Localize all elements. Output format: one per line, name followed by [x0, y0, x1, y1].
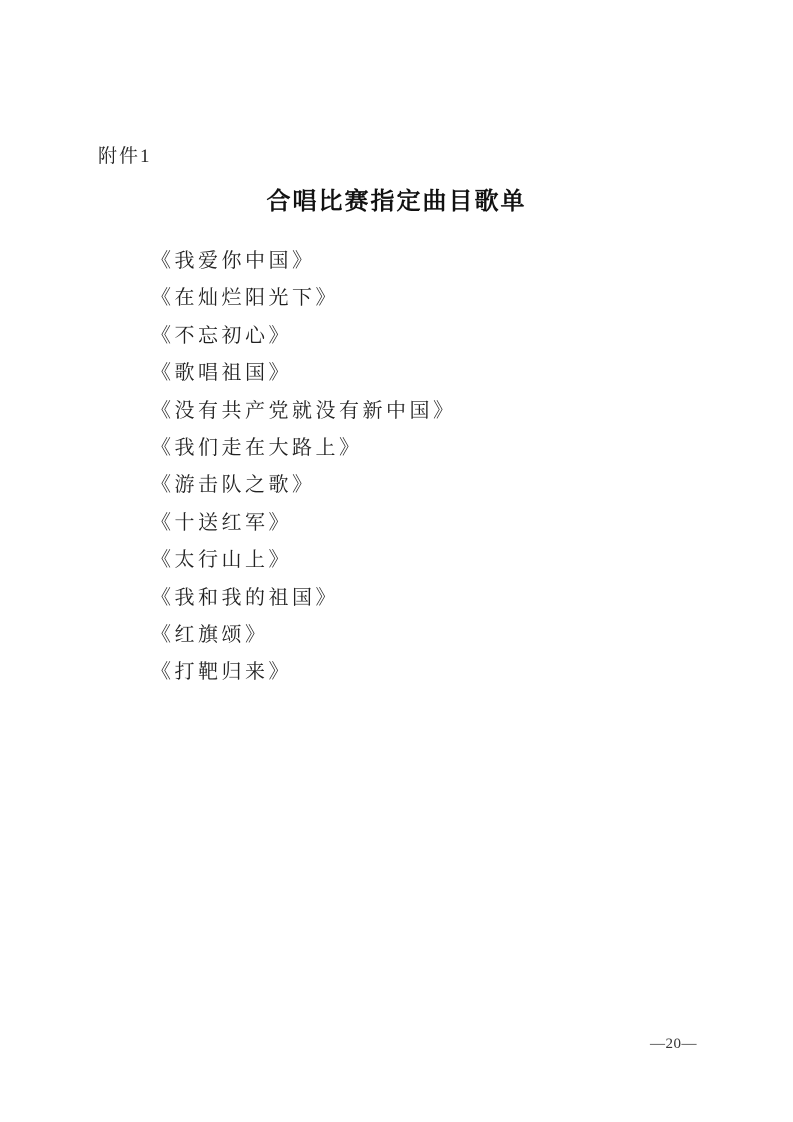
song-list-item: 《太行山上》 [151, 542, 457, 579]
song-list-item: 《没有共产党就没有新中国》 [151, 393, 457, 430]
song-list-item: 《打靶归来》 [151, 654, 457, 691]
song-list: 《我爱你中国》 《在灿烂阳光下》 《不忘初心》 《歌唱祖国》 《没有共产党就没有… [151, 243, 457, 692]
song-list-item: 《歌唱祖国》 [151, 355, 457, 392]
song-list-item: 《我爱你中国》 [151, 243, 457, 280]
song-list-item: 《我们走在大路上》 [151, 430, 457, 467]
song-list-item: 《在灿烂阳光下》 [151, 280, 457, 317]
document-page: 附件1 合唱比赛指定曲目歌单 《我爱你中国》 《在灿烂阳光下》 《不忘初心》 《… [0, 0, 793, 1122]
attachment-label: 附件1 [98, 141, 152, 168]
song-list-item: 《不忘初心》 [151, 318, 457, 355]
song-list-item: 《我和我的祖国》 [151, 580, 457, 617]
song-list-item: 《红旗颂》 [151, 617, 457, 654]
document-title: 合唱比赛指定曲目歌单 [0, 181, 793, 216]
song-list-item: 《游击队之歌》 [151, 467, 457, 504]
song-list-item: 《十送红军》 [151, 505, 457, 542]
page-number: —20— [650, 1036, 697, 1053]
